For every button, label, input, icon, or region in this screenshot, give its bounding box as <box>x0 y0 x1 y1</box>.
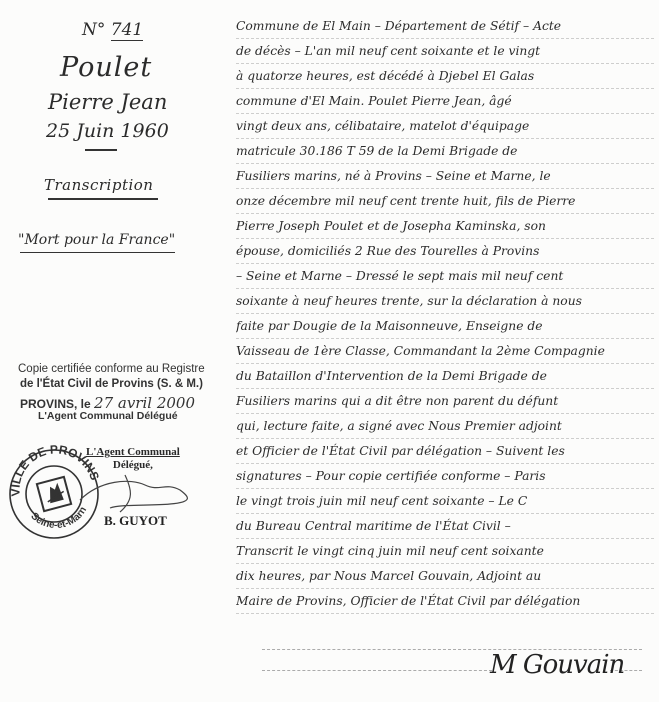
act-number-prefix: N° <box>82 20 105 40</box>
mention-underline <box>20 252 175 253</box>
body-line: commune d'El Main. Poulet Pierre Jean, â… <box>236 89 654 114</box>
stamp-label-line-1: L'Agent Communal <box>86 446 180 459</box>
body-line: matricule 30.186 T 59 de la Demi Brigade… <box>236 139 654 164</box>
body-line: du Bureau Central maritime de l'État Civ… <box>236 514 654 539</box>
body-line: de décès – L'an mil neuf cent soixante e… <box>236 39 654 64</box>
body-line: à quatorze heures, est décédé à Djebel E… <box>236 64 654 89</box>
stamp-label: L'Agent Communal Délégué, <box>86 446 180 472</box>
body-line: qui, lecture faite, a signé avec Nous Pr… <box>236 414 654 439</box>
signatory-name: B. GUYOT <box>104 513 167 529</box>
body-line: Transcrit le vingt cinq juin mil neuf ce… <box>236 539 654 564</box>
body-line: signatures – Pour copie certifiée confor… <box>236 464 654 489</box>
certification-line-1: Copie certifiée conforme au Registre <box>18 363 205 375</box>
transcription-label: Transcription <box>44 176 153 194</box>
death-date: 25 Juin 1960 <box>46 120 169 142</box>
body-line: faite par Dougie de la Maisonneuve, Ense… <box>236 314 654 339</box>
closing-dash-line-2 <box>262 670 492 671</box>
body-line: Fusiliers marins qui a dit être non pare… <box>236 389 654 414</box>
body-line: et Officier de l'État Civil par délégati… <box>236 439 654 464</box>
body-line: – Seine et Marne – Dressé le sept mais m… <box>236 264 654 289</box>
body-line: vingt deux ans, célibataire, matelot d'é… <box>236 114 654 139</box>
body-line: onze décembre mil neuf cent trente huit,… <box>236 189 654 214</box>
officer-signature: M Gouvain <box>490 650 624 680</box>
body-line: dix heures, par Nous Marcel Gouvain, Adj… <box>236 564 654 589</box>
date-underline <box>85 149 117 151</box>
body-line: Maire de Provins, Officier de l'État Civ… <box>236 589 654 614</box>
agent-signature-icon <box>70 470 200 515</box>
body-line: Vaisseau de 1ère Classe, Commandant la 2… <box>236 339 654 364</box>
surname: Poulet <box>60 52 152 83</box>
body-line: soixante à neuf heures trente, sur la dé… <box>236 289 654 314</box>
certificate-body: Commune de El Main – Département de Séti… <box>236 14 654 614</box>
body-line: le vingt trois juin mil neuf cent soixan… <box>236 489 654 514</box>
body-line: Pierre Joseph Poulet et de Josepha Kamin… <box>236 214 654 239</box>
body-line: Fusiliers marins, né à Provins – Seine e… <box>236 164 654 189</box>
document-page: N° 741 Poulet Pierre Jean 25 Juin 1960 T… <box>0 0 659 702</box>
body-line: du Bataillon d'Intervention de la Demi B… <box>236 364 654 389</box>
body-line: Commune de El Main – Département de Séti… <box>236 14 654 39</box>
certification-place: PROVINS, le <box>20 397 91 411</box>
certification-line-4: L'Agent Communal Délégué <box>38 410 178 422</box>
mort-pour-la-france-mention: "Mort pour la France" <box>18 232 175 248</box>
act-number: N° 741 <box>82 20 143 40</box>
certification-line-2: de l'État Civil de Provins (S. & M.) <box>20 378 203 390</box>
first-names: Pierre Jean <box>48 90 167 114</box>
act-number-value: 741 <box>111 20 143 41</box>
body-line: épouse, domiciliés 2 Rue des Tourelles à… <box>236 239 654 264</box>
transcription-underline <box>48 198 158 200</box>
